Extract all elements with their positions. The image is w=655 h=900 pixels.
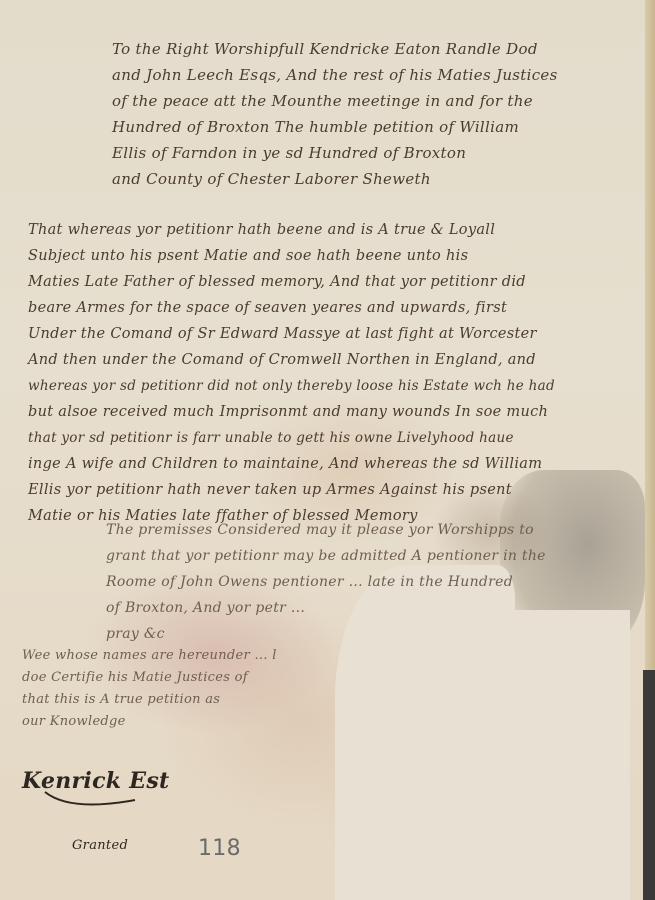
body-line: but alsoe received much Imprisonmt and m… (28, 404, 548, 420)
torn-paper-area (450, 610, 630, 900)
prayer-line: pray &c (106, 626, 165, 642)
address-line: To the Right Worshipfull Kendricke Eaton… (112, 40, 538, 58)
address-line: Hundred of Broxton The humble petition o… (112, 118, 519, 136)
body-line: Subject unto his psent Matie and soe hat… (28, 248, 468, 264)
signature-flourish (40, 790, 140, 810)
certification-line: that this is A true petition as (22, 692, 220, 707)
manuscript-page: To the Right Worshipfull Kendricke Eaton… (0, 0, 655, 900)
certification-line: our Knowledge (22, 714, 126, 729)
body-line: Maties Late Father of blessed memory, An… (28, 274, 526, 290)
body-line: Under the Comand of Sr Edward Massye at … (28, 326, 537, 342)
body-line: Ellis yor petitionr hath never taken up … (28, 482, 512, 498)
body-line: whereas yor sd petitionr did not only th… (28, 378, 555, 394)
prayer-line: of Broxton, And yor petr ... (106, 600, 305, 616)
binding-strip (643, 670, 655, 900)
address-line: of the peace att the Mounthe meetinge in… (112, 92, 533, 110)
certification-line: Wee whose names are hereunder ... l (22, 648, 277, 663)
body-line: inge A wife and Children to maintaine, A… (28, 456, 542, 472)
certification-line: doe Certifie his Matie Justices of (22, 670, 248, 685)
prayer-line: The premisses Considered may it please y… (106, 522, 534, 538)
prayer-line: grant that yor petitionr may be admitted… (106, 548, 546, 564)
prayer-line: Roome of John Owens pentioner ... late i… (106, 574, 513, 590)
address-line: and County of Chester Laborer Sheweth (112, 170, 431, 188)
folio-number: 118 (198, 836, 241, 861)
address-line: and John Leech Esqs, And the rest of his… (112, 66, 558, 84)
body-line: And then under the Comand of Cromwell No… (28, 352, 536, 368)
body-line: beare Armes for the space of seaven year… (28, 300, 507, 316)
address-line: Ellis of Farndon in ye sd Hundred of Bro… (112, 144, 466, 162)
body-line: that yor sd petitionr is farr unable to … (28, 430, 514, 446)
granted-annotation: Granted (72, 838, 128, 853)
body-line: That whereas yor petitionr hath beene an… (28, 222, 495, 238)
